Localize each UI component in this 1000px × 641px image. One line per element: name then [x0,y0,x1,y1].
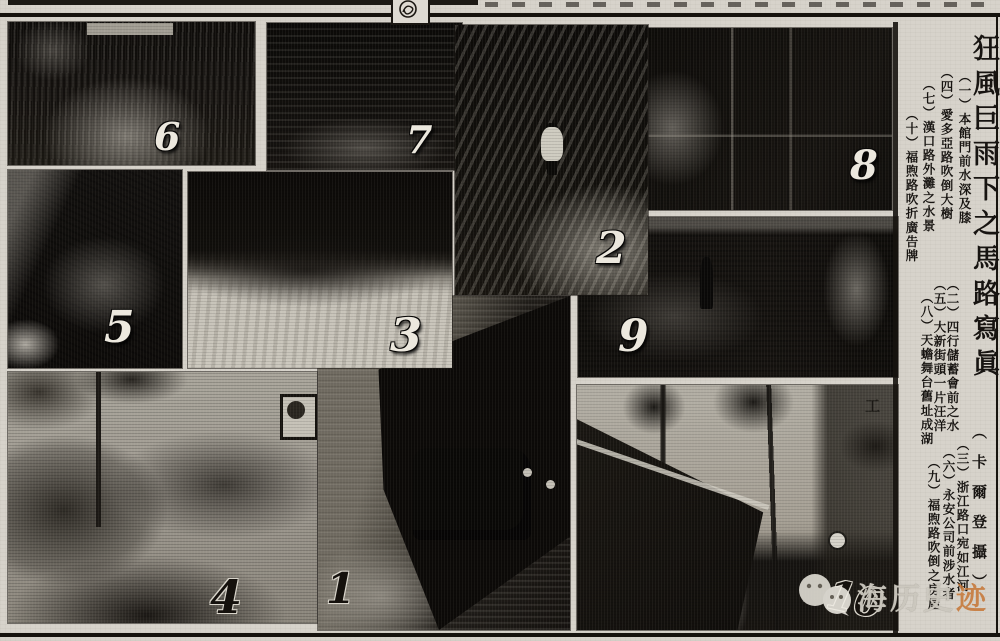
photo-1-headlight-right [546,480,555,489]
photo-10-round-sign [830,533,845,548]
page-title: 狂風巨雨下之馬路寫眞 [969,34,999,406]
caption-8: （八）天蟾舞台舊址成湖 [918,291,933,446]
photo-9-number: 9 [618,315,649,359]
photo-2-person-figure [541,127,563,161]
photo-1-number: 1 [326,568,355,610]
photo-2-wading-person: 2 [455,25,648,295]
masthead-rule [0,13,1000,17]
photo-6-number: 6 [154,118,180,156]
photo-2-number: 2 [596,227,627,271]
photo-10-storm-trees: 工 10 [577,385,898,630]
masthead-cut-text [485,2,990,7]
photo-5-number: 5 [104,306,135,350]
photo-5-street-scene: 5 [8,170,182,368]
seal-glyph-icon [393,0,424,19]
caption-7: （七）漢口路外灘之水景 [920,78,935,233]
photo-4-utility-pole [96,372,101,527]
photo-4-fallen-tree: 4 [8,372,317,623]
photo-6-flooded-street: 6 [8,22,255,165]
photo-8-number: 8 [850,146,878,186]
photo-4-sign-circle [287,401,305,419]
photo-8-dark-reflections: 8 [648,28,892,210]
caption-3: （三）浙江路口宛如江河 [954,438,969,593]
caption-2: （二）四行儲蓄會前之水 [944,278,959,433]
photo-6-shop-sign [87,23,173,35]
caption-4: （四）愛多亞路吹倒大樹 [938,66,953,221]
newspaper-page: 6 7 2 8 5 3 9 1 4 工 10 [0,0,1000,641]
photographer-credit: （卡爾登攝） [967,424,989,624]
newspaper-seal-icon [391,0,430,25]
photo-7-number: 7 [406,121,432,159]
photo-10-number: 10 [823,575,886,626]
caption-5: （五）大新街頭一片汪洋 [931,278,946,433]
photo-4-number: 4 [210,574,242,620]
photo-3-flooded-road: 3 [188,172,452,368]
caption-9: （九）福煦路吹倒之房屋 [925,456,940,611]
photo-1-truck [413,448,531,540]
page-bottom-rule [0,633,1000,637]
photo-4-signboard [280,394,317,440]
photo-3-number: 3 [390,312,422,358]
photo-10-ink-mark: 工 [865,395,880,416]
caption-10: （十）福煦路吹折廣告牌 [903,108,918,263]
caption-6: （六）永安公司前涉水者 [940,446,955,601]
caption-panel-divider-rule [893,22,898,633]
photo-1-headlight-left [523,468,532,477]
caption-1: （一）本館門前水深及膝 [956,70,971,225]
photo-9-person-figure [700,257,713,309]
photo-7-dark-waterfront: 7 [267,23,462,170]
